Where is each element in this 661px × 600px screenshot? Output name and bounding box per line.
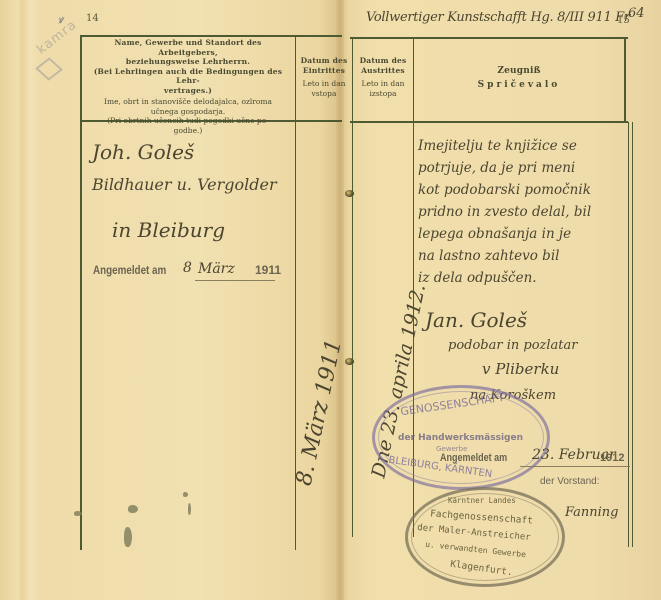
employer-location: in Bleiburg	[112, 218, 225, 242]
header-bottom-border-right	[350, 121, 628, 123]
header-col2-de-2: Eintrittes	[296, 66, 352, 76]
stamp1-middle: der Handwerksmässigen	[398, 433, 523, 443]
header-col1-de-3: (Bei Lehrlingen auch die Bedingungen des…	[84, 67, 292, 86]
registered-underline	[195, 280, 275, 281]
header-col3-sl-1: Leto in dan	[353, 79, 413, 89]
signature-town: v Pliberku	[482, 360, 559, 378]
header-col-entry-date: Datum des Eintrittes Leto in dan vstopa	[296, 56, 352, 98]
header-col2-sl-2: vstopa	[296, 89, 352, 99]
left-page-number: 14	[86, 13, 99, 24]
header-col1-de-2: beziehungsweise Lehrherrn.	[84, 57, 292, 67]
header-col3-sl-2: izstopa	[353, 89, 413, 99]
ink-blot	[128, 505, 138, 513]
ink-blot	[74, 511, 82, 516]
header-col2-sl-1: Leto in dan	[296, 79, 352, 89]
table-right-border-double	[632, 122, 633, 547]
certificate-line: iz dela odpuščen.	[418, 267, 591, 289]
header-col2-de-1: Datum des	[296, 56, 352, 66]
header-col4-sl: Spričevalo	[414, 78, 624, 92]
registered-day: 8	[183, 260, 192, 276]
header-col1-de-4: vertrages.)	[84, 86, 292, 96]
registration-label: Angemeldet am	[440, 452, 507, 464]
certificate-line: kot podobarski pomočnik	[418, 179, 591, 201]
table-right-border	[628, 122, 629, 547]
header-col3-de-1: Datum des	[353, 56, 413, 66]
stamp2-line1: Kärntner Landes	[448, 496, 516, 505]
header-col-employer: Name, Gewerbe und Standort des Arbeitgeb…	[84, 38, 292, 135]
ink-blot	[183, 492, 188, 497]
certificate-line: Imejitelju te knjižice se	[418, 135, 591, 157]
certificate-line: potrjuje, da je pri meni	[418, 157, 591, 179]
certificate-text: Imejitelju te knjižice se potrjuje, da j…	[418, 135, 591, 289]
table-top-border-right	[350, 37, 628, 39]
header-col1-sl-1: Ime, obrt in stanovišče delodajalca, ozl…	[84, 97, 292, 107]
ink-blot	[188, 503, 191, 515]
header-col1-sl-2: učnega gospodarja.	[84, 107, 292, 117]
certificate-line: na lastno zahtevo bil	[418, 245, 591, 267]
table-right-border-top	[624, 37, 626, 122]
employer-name: Joh. Goleš	[92, 140, 194, 164]
employer-trade: Bildhauer u. Vergolder	[92, 175, 277, 194]
registration-year: 1912	[600, 452, 624, 464]
table-left-border	[80, 35, 82, 550]
vorstand-signature: Fanning	[565, 505, 619, 520]
header-col-certificate: Zeugniß Spričevalo	[414, 64, 624, 92]
top-handwriting: Vollwertiger Kunstschafft Hg. 8/III 911 …	[366, 10, 630, 25]
signature-name: Jan. Goleš	[425, 308, 527, 332]
ink-blot	[124, 527, 132, 547]
header-col4-de: Zeugniß	[414, 64, 624, 78]
signature-trade: podobar in pozlatar	[448, 338, 577, 353]
header-col3-de-2: Austrittes	[353, 66, 413, 76]
col-divider-2	[352, 37, 353, 537]
header-col1-sl-4: godbe.)	[84, 126, 292, 136]
registered-label: Angemeldet am	[93, 263, 166, 277]
certificate-line: lepega obnašanja in je	[418, 223, 591, 245]
header-col1-sl-3: (Pri obrtnih učencih tudi pogodki učne p…	[84, 116, 292, 126]
header-col1-de-1: Name, Gewerbe und Standort des Arbeitgeb…	[84, 38, 292, 57]
page-annotation: 64	[628, 6, 645, 21]
vorstand-label: der Vorstand:	[540, 476, 599, 487]
table-top-border-left	[80, 35, 342, 37]
registered-year: 1911	[255, 263, 281, 277]
registration-underline	[520, 466, 630, 467]
header-col-exit-date: Datum des Austrittes Leto in dan izstopa	[353, 56, 413, 98]
certificate-line: pridno in zvesto delal, bil	[418, 201, 591, 223]
registered-month: März	[198, 261, 235, 277]
